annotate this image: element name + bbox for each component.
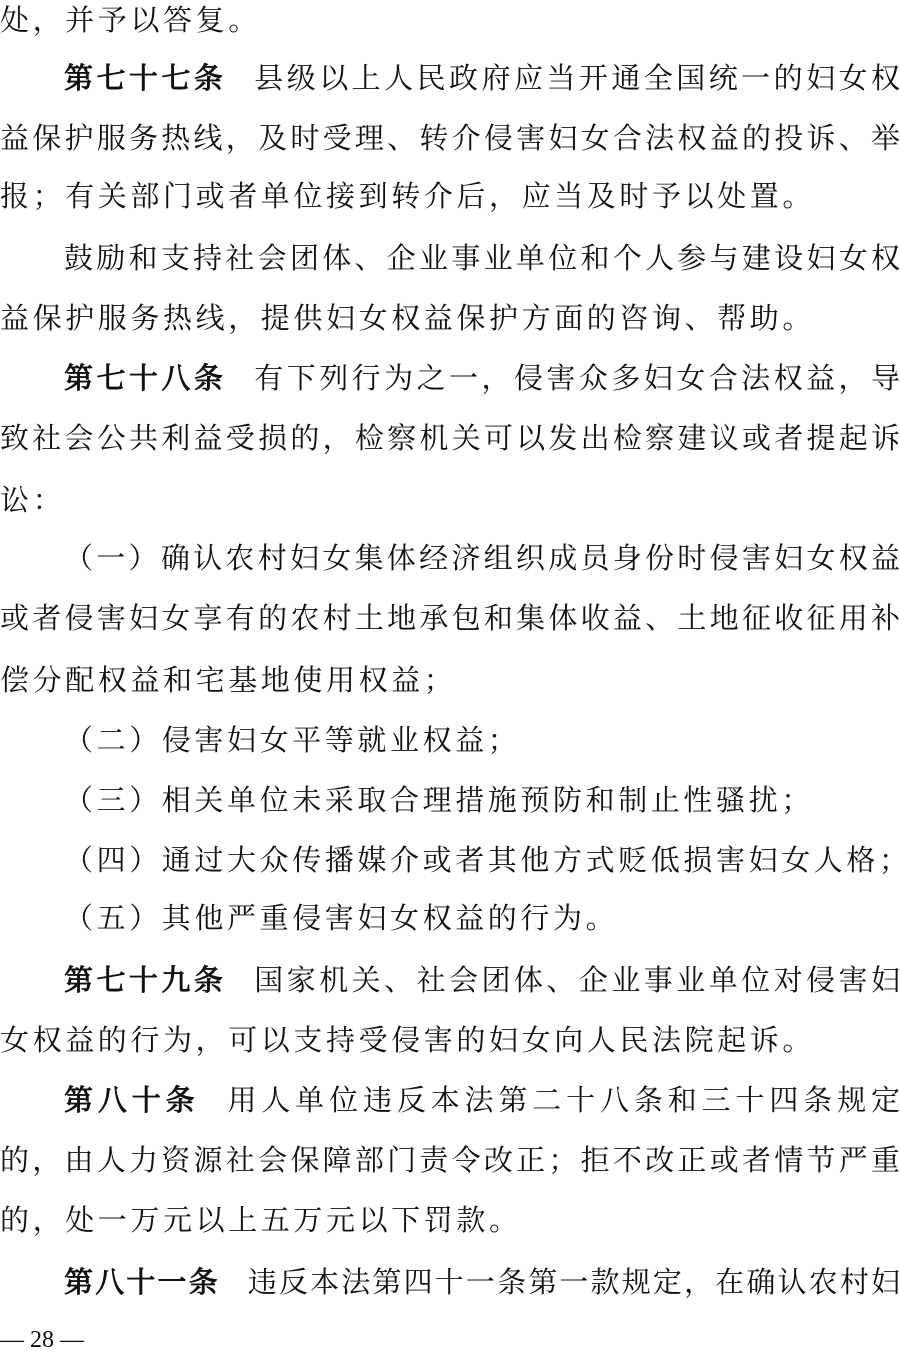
line-text: 国家机关、社会团体、企业事业单位对侵害妇 [254, 963, 900, 997]
line-text: （一）确认农村妇女集体经济组织成员身份时侵害妇女权益 [64, 541, 900, 575]
text-line: 女权益的行为，可以支持受侵害的妇女向人民法院起诉。 [0, 1020, 900, 1060]
article-heading: 第八十条 [64, 1083, 199, 1117]
text-line: 的，由人力资源社会保障部门责令改正；拒不改正或者情节严重 [0, 1140, 900, 1180]
text-line: 第七十七条县级以上人民政府应当开通全国统一的妇女权 [0, 58, 900, 98]
text-line: 或者侵害妇女享有的农村土地承包和集体收益、土地征收征用补 [0, 598, 900, 638]
text-line: 致社会公共利益受损的，检察机关可以发出检察建议或者提起诉 [0, 418, 900, 458]
line-text: 的，处一万元以上五万元以下罚款。 [0, 1203, 522, 1237]
text-line: 报；有关部门或者单位接到转介后，应当及时予以处置。 [0, 176, 900, 216]
text-line: 益保护服务热线，提供妇女权益保护方面的咨询、帮助。 [0, 298, 900, 338]
line-text: 县级以上人民政府应当开通全国统一的妇女权 [254, 61, 900, 95]
line-text: （四）通过大众传播媒介或者其他方式贬低损害妇女人格； [64, 843, 900, 877]
line-text: 致社会公共利益受损的，检察机关可以发出检察建议或者提起诉 [0, 421, 900, 455]
article-heading: 第七十九条 [64, 963, 226, 997]
line-text: （二）侵害妇女平等就业权益； [64, 723, 520, 757]
text-line: （五）其他严重侵害妇女权益的行为。 [0, 898, 900, 938]
text-line: 第七十八条有下列行为之一，侵害众多妇女合法权益，导 [0, 358, 900, 398]
line-text: 讼： [0, 483, 65, 517]
article-heading: 第七十八条 [64, 361, 226, 395]
text-line: 第八十一条违反本法第四十一条第一款规定，在确认农村妇 [0, 1262, 900, 1302]
line-text: 偿分配权益和宅基地使用权益； [0, 663, 456, 697]
article-heading: 第八十一条 [64, 1265, 220, 1299]
text-line: （一）确认农村妇女集体经济组织成员身份时侵害妇女权益 [0, 538, 900, 578]
text-line: 讼： [0, 480, 900, 520]
article-heading: 第七十七条 [64, 61, 226, 95]
line-text: 鼓励和支持社会团体、企业事业单位和个人参与建设妇女权 [64, 241, 900, 275]
text-line: （二）侵害妇女平等就业权益； [0, 720, 900, 760]
text-line: （三）相关单位未采取合理措施预防和制止性骚扰； [0, 780, 900, 820]
line-text: 报；有关部门或者单位接到转介后，应当及时予以处置。 [0, 179, 815, 213]
line-text: 或者侵害妇女享有的农村土地承包和集体收益、土地征收征用补 [0, 601, 900, 635]
text-line: （四）通过大众传播媒介或者其他方式贬低损害妇女人格； [0, 840, 900, 880]
text-line: 的，处一万元以上五万元以下罚款。 [0, 1200, 900, 1240]
line-text: 女权益的行为，可以支持受侵害的妇女向人民法院起诉。 [0, 1023, 815, 1057]
line-text: 违反本法第四十一条第一款规定，在确认农村妇 [248, 1265, 900, 1299]
line-text: 益保护服务热线，及时受理、转介侵害妇女合法权益的投诉、举 [0, 121, 900, 155]
line-text: 用人单位违反本法第二十八条和三十四条规定 [227, 1083, 900, 1117]
page-number: — 28 — [0, 1322, 84, 1351]
text-line: 鼓励和支持社会团体、企业事业单位和个人参与建设妇女权 [0, 238, 900, 278]
text-line: 第八十条用人单位违反本法第二十八条和三十四条规定 [0, 1080, 900, 1120]
text-line: 偿分配权益和宅基地使用权益； [0, 660, 900, 700]
text-line: 第七十九条国家机关、社会团体、企业事业单位对侵害妇 [0, 960, 900, 1000]
line-text: （五）其他严重侵害妇女权益的行为。 [64, 901, 618, 935]
text-line: 处，并予以答复。 [0, 0, 900, 40]
line-text: 有下列行为之一，侵害众多妇女合法权益，导 [254, 361, 900, 395]
line-text: 处，并予以答复。 [0, 3, 261, 37]
line-text: 的，由人力资源社会保障部门责令改正；拒不改正或者情节严重 [0, 1143, 900, 1177]
text-line: 益保护服务热线，及时受理、转介侵害妇女合法权益的投诉、举 [0, 118, 900, 158]
line-text: 益保护服务热线，提供妇女权益保护方面的咨询、帮助。 [0, 301, 815, 335]
line-text: （三）相关单位未采取合理措施预防和制止性骚扰； [64, 783, 814, 817]
